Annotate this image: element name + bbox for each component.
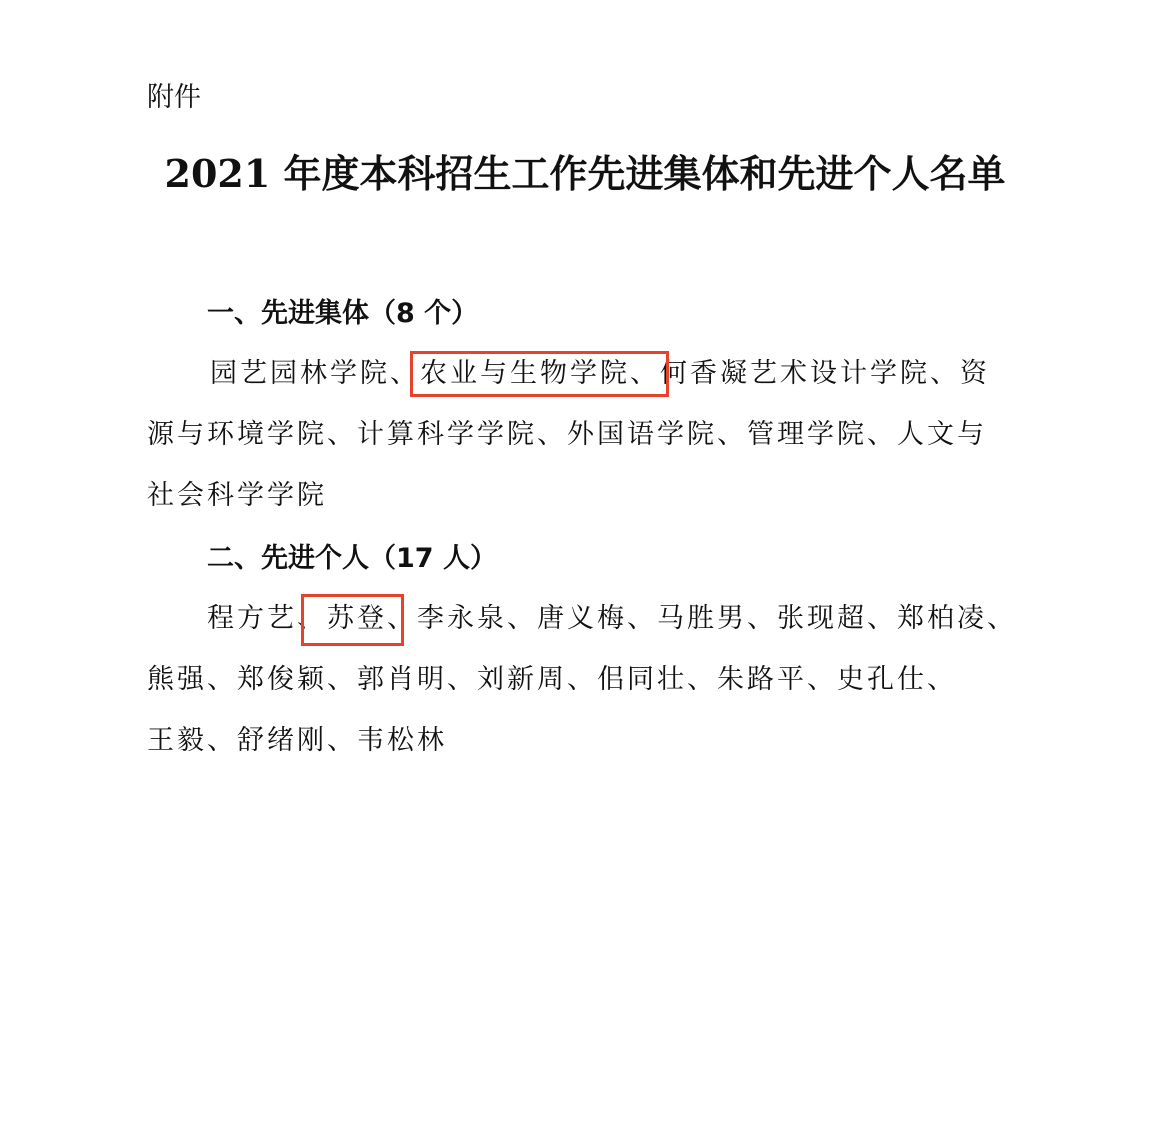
highlight-box-agri-bio-college bbox=[410, 351, 669, 397]
section-collectives-heading: 一、先进集体（8 个） bbox=[207, 296, 478, 332]
individuals-line-2: 熊强、郑俊颖、郭肖明、刘新周、佀同壮、朱路平、史孔仕、 bbox=[147, 662, 957, 698]
attachment-label: 附件 bbox=[147, 80, 201, 116]
individuals-line-3: 王毅、舒绪刚、韦松林 bbox=[147, 723, 447, 759]
collectives-line-3: 社会科学学院 bbox=[147, 478, 327, 514]
section-individuals-heading: 二、先进个人（17 人） bbox=[207, 541, 497, 577]
highlight-box-su-deng bbox=[301, 594, 404, 646]
document-title: 2021 年度本科招生工作先进集体和先进个人名单 bbox=[0, 148, 1170, 200]
collectives-line-2: 源与环境学院、计算科学学院、外国语学院、管理学院、人文与 bbox=[147, 417, 987, 453]
